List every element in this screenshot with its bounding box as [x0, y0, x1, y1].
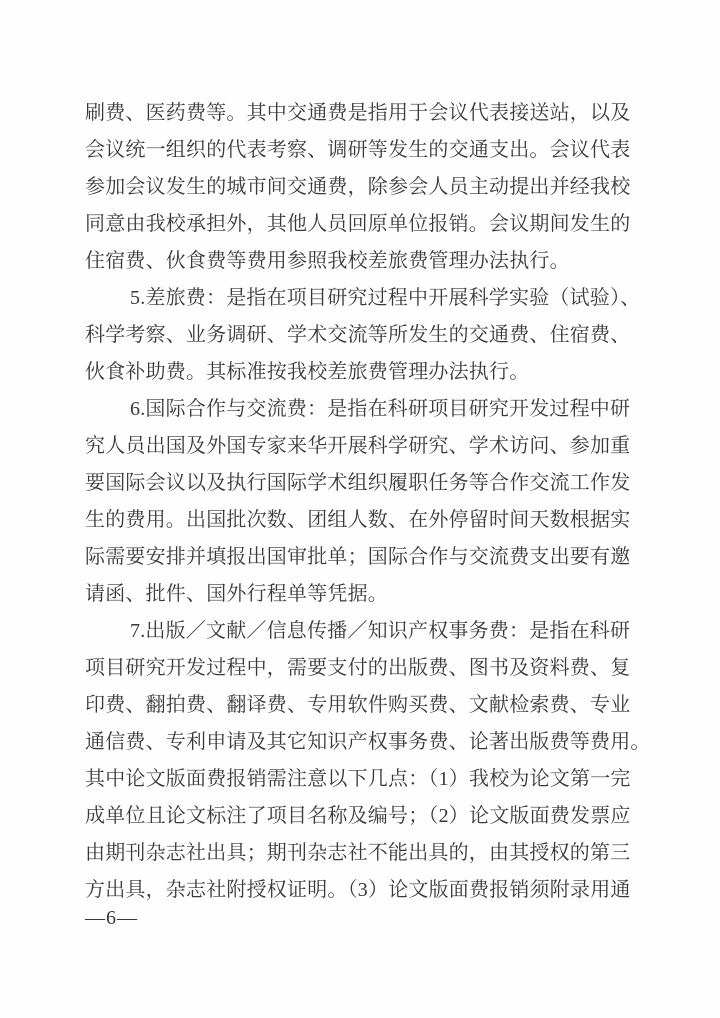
text-line: 要国际会议以及执行国际学术组织履职任务等合作交流工作发 [85, 465, 613, 502]
text-line: 其中论文版面费报销需注意以下几点：（1）我校为论文第一完 [85, 761, 613, 798]
paragraph: 6.国际合作与交流费：是指在科研项目研究开发过程中研究人员出国及外国专家来华开展… [85, 391, 613, 613]
text-line: 生的费用。出国批次数、团组人数、在外停留时间天数根据实 [85, 502, 613, 539]
paragraph: 7.出版／文献／信息传播／知识产权事务费：是指在科研项目研究开发过程中，需要支付… [85, 613, 613, 909]
page-number: —6— [85, 903, 138, 933]
text-line: 请函、批件、国外行程单等凭据。 [85, 576, 613, 613]
body-text: 刷费、医药费等。其中交通费是指用于会议代表接送站，以及会议统一组织的代表考察、调… [85, 0, 613, 909]
text-line: 通信费、专利申请及其它知识产权事务费、论著出版费等费用。 [85, 724, 613, 761]
text-line: 会议统一组织的代表考察、调研等发生的交通支出。会议代表 [85, 132, 613, 169]
text-line: 方出具，杂志社附授权证明。（3）论文版面费报销须附录用通 [85, 872, 613, 909]
text-line: 印费、翻拍费、翻译费、专用软件购买费、文献检索费、专业 [85, 687, 613, 724]
paragraph: 5.差旅费：是指在项目研究过程中开展科学实验（试验）、科学考察、业务调研、学术交… [85, 280, 613, 391]
text-line: 伙食补助费。其标准按我校差旅费管理办法执行。 [85, 354, 613, 391]
text-line: 项目研究开发过程中，需要支付的出版费、图书及资料费、复 [85, 650, 613, 687]
text-line: 7.出版／文献／信息传播／知识产权事务费：是指在科研 [85, 613, 613, 650]
text-line: 5.差旅费：是指在项目研究过程中开展科学实验（试验）、 [85, 280, 613, 317]
text-line: 由期刊杂志社出具；期刊杂志社不能出具的，由其授权的第三 [85, 835, 613, 872]
text-line: 刷费、医药费等。其中交通费是指用于会议代表接送站，以及 [85, 95, 613, 132]
text-line: 同意由我校承担外，其他人员回原单位报销。会议期间发生的 [85, 206, 613, 243]
text-line: 6.国际合作与交流费：是指在科研项目研究开发过程中研 [85, 391, 613, 428]
text-line: 参加会议发生的城市间交通费，除参会人员主动提出并经我校 [85, 169, 613, 206]
text-line: 究人员出国及外国专家来华开展科学研究、学术访问、参加重 [85, 428, 613, 465]
text-line: 科学考察、业务调研、学术交流等所发生的交通费、住宿费、 [85, 317, 613, 354]
text-line: 成单位且论文标注了项目名称及编号；（2）论文版面费发票应 [85, 798, 613, 835]
document-page: 刷费、医药费等。其中交通费是指用于会议代表接送站，以及会议统一组织的代表考察、调… [0, 0, 720, 1018]
text-line: 住宿费、伙食费等费用参照我校差旅费管理办法执行。 [85, 243, 613, 280]
text-line: 际需要安排并填报出国审批单；国际合作与交流费支出要有邀 [85, 539, 613, 576]
paragraph: 刷费、医药费等。其中交通费是指用于会议代表接送站，以及会议统一组织的代表考察、调… [85, 95, 613, 280]
